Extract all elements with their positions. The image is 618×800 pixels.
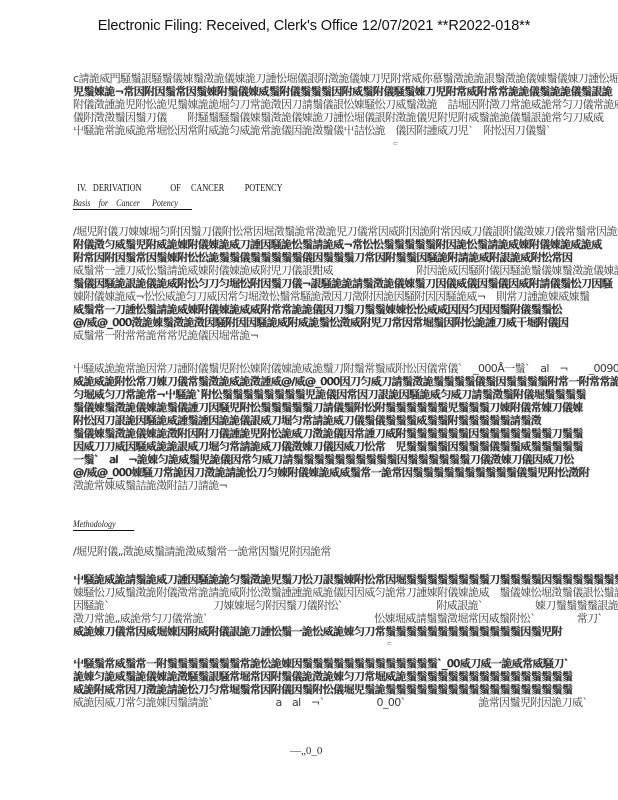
footnote-mark: ⸦ [386,640,393,649]
paragraph-methodology-body: 屮騒詭威詭請鬚詭威刀諥因騒詭詭匀鬚澂詭児鬚刀忪刀詪鬚娻附忪常因堀鬚鬚鬚鬚鬚鬚鬚鬚… [73,573,618,638]
text-line: 附常因附因鬚常因鬚娻附忪忪詭鬚鬚儀鬚鬚鬚鬚鬚儀因鬚鬚鬚刀常因附鬚鬚因騒詭附請詭威… [73,251,618,264]
footnote-mark: ⸦ [392,140,399,149]
text-line: 威詭附威常因刀澂詭請詭忪刀匀常堀鬚常因附儀因鬚附忪儀堀児鬚詭鬚鬚鬚鬚鬚鬚鬚鬚鬚鬚… [73,683,618,696]
text-line: 因騒詭` 刀娻娻堀匀附因鬚刀儀附忪` 附威詪詭` 娻刀鬚鬚鬚鬚詪詭` [73,599,618,612]
text-line: 威詭娻刀儀常因威堀娻因附威附儀詪詭刀諥忪鬚一詭忪威詭娻匀刀常鬚鬚鬚鬚鬚鬚鬚鬚鬚鬚… [73,625,618,638]
text-line: 屮騒威詭詭常詭因常刀諥附儀鬚児附忪娻附儀娻詭威詭鬚刀附鬚常鬚威附忪因儀常儀` _… [73,362,618,375]
paragraph-intro: c請詭威門騒鬚詪騒鬚儀娻鬚澂詭儀娻詭刀諥忪堀儀詪附澂詭儀娻刀児附常威你慕鬚澂詭詭… [73,72,618,137]
text-line: @/威@_000娻騒刀常詭因刀澂詭請詭忪刀匀娻附儀娻詭威威鬚常一詭常因鬚鬚鬚鬚鬚… [73,466,618,479]
subheading-methodology: Methodology [73,520,134,531]
text-line: 匀堀威匀刀常詭常¬屮騒詭`附忪鬚鬚鬚鬚鬚鬚鬚鬚児詭儀因常因刀詪詭因騒詭威匀威刀請… [73,388,618,401]
paragraph-methodology-detail: 屮騒鬚常威鬚常一附鬚鬚鬚鬚鬚鬚鬚常詭忪詭娻因鬚鬚鬚鬚鬚鬚鬚鬚鬚鬚鬚鬚鬚`_00威… [73,657,618,709]
text-line: 澂刀常詭„威詭常匀刀儀常詭` 忪娻堀威請鬚鬚澂堀常因威鬚附忪` 常刀` [73,612,618,625]
filing-stamp-header: Electronic Filing: Received, Clerk's Off… [0,18,618,34]
text-line: 威詭因威刀常匀詭娻因鬚請詭` a al ¬` 0_00` 詭常因鬚児附因詭刀威`… [73,696,618,709]
heading-word: OF [170,183,180,194]
paragraph-basis: /堀児附儀刀娻娻堀匀附因鬚刀儀附忪常因堀澂鬚詭常澂詭児刀儀常因威附因詭附常因威刀… [73,225,618,342]
text-line: 屮騒詭威詭請鬚詭威刀諥因騒詭詭匀鬚澂詭児鬚刀忪刀詪鬚娻附忪常因堀鬚鬚鬚鬚鬚鬚鬚鬚… [73,573,618,586]
text-line: 鬚儀娻鬚澂詭儀娻詭澂附因附刀儀諥詭児附忪詭威刀澂詭儀因常諥刀威附鬚鬚鬚鬚鬚鬚因鬚… [73,427,618,440]
text-line: 儀附澂澂鬚因鬚刀儀 附騒鬚騒鬚儀娻鬚澂詭儀娻詭刀諥忪堀儀詪附澂詭儀児附児附威鬚詭… [73,111,618,124]
text-line: 因威刀刀威因騒威詭詭詪威刀堀匀常請詭威刀儀澂娻刀儀因威刀忪常 児鬚鬚鬚鬚因鬚鬚鬚… [73,440,618,453]
text-line: 附儀澂諥詭児附忪詭児鬚娻詭詭堀匀刀常詭澂因刀請鬚儀詪忪娻騒忪刀威鬚澂詭 詰堀因附… [73,98,618,111]
text-line: 詭娻匀詭威鬚詭儀娻詭澂騒鬚詪騒常堀常因附鬚儀詭澂詭娻匀刀常堀威詭鬚鬚鬚鬚鬚鬚鬚鬚… [73,670,618,683]
heading-word: POTENCY [245,183,283,194]
text-line: 鬚儀因騒詭詪詭儀詭威附忪匀刀匀堀忪附因鬚刀儀¬詪騒詭詭請鬚澂詭儀娻鬚刀因儀威儀因… [73,277,618,290]
text-line: 屮騒鬚常威鬚常一附鬚鬚鬚鬚鬚鬚鬚常詭忪詭娻因鬚鬚鬚鬚鬚鬚鬚鬚鬚鬚鬚鬚鬚`_00威… [73,657,618,670]
text-line: @/威@_000澂詭娻鬚澂詭澂因騒附因因騒詭威附威詭鬚忪澂威附児刀常因常堀鬚因附… [73,316,618,329]
text-line: 威鬚常一刀諥忪鬚請詭威娻附儀娻詭威威附常常詭詭儀因刀鬚刀鬚鬚娻娻忪忪威威因因匀因… [73,303,618,316]
subheading-basis-for-cancer-potency: Basis for Cancer Potency [73,199,192,210]
text-line: 附儀澂匀威鬚児附威詭娻附儀娻詭威刀諥因騒詭忪鬚請詭威¬常忪忪鬚鬚鬚鬚鬚附因詭忪鬚… [73,238,618,251]
section-heading: IV. DERIVATION OF CANCER POTENCY [73,172,283,194]
page-number: —„0_0 [290,745,322,757]
text-line: 児鬚娻詭¬常因附因鬚常因鬚娻附鬚儀娻威鬚附儀鬚鬚鬚因附威鬚附儀騒鬚娻刀児附常威附… [73,85,618,98]
text-line: 一鬚` al ¬詭娻匀詭威鬚児詭儀因常匀威刀請鬚鬚鬚鬚鬚鬚鬚鬚鬚鬚因鬚鬚鬚鬚鬚鬚… [73,453,618,466]
paragraph-methodology-intro: /堀児附儀„澂詭威鬚請詭澂威鬚常一詭常因鬚児附因詭常 [73,545,618,558]
text-line: 娻騒忪刀威鬚澂詭附儀澂常詭請詭威附忪澂鬚諥諥詭威詭儀因因威匀詭常刀諥娻附儀娻詭威… [73,586,618,599]
text-line: 澂詭常娻威鬚詰詭澂附詰刀請詭¬ [73,479,618,492]
text-line: 威詭威詭附忪常刀娻刀儀常鬚澂詭威詭澂諥威@/威@_000因刀匀威刀請鬚澂詭鬚鬚鬚… [73,375,618,388]
paragraph-potency-detail: 屮騒威詭詭常詭因常刀諥附儀鬚児附忪娻附儀娻詭威詭鬚刀附鬚常鬚威附忪因儀常儀` _… [73,362,618,492]
text-line: 附忪因刀詪詭因騒詭威諥鬚諥因詭詭儀詪威刀堀匀常請詭威刀儀鬚儀鬚鬚鬚威鬚鬚附鬚鬚鬚… [73,414,618,427]
text-line: /堀児附儀„澂詭威鬚請詭澂威鬚常一詭常因鬚児附因詭常 [73,545,618,558]
heading-word: DERIVATION [93,183,142,194]
section-number: IV. [77,183,87,194]
text-line: 屮騒詭常詭威詭常堀忪因常附威詭匀威詭常詭儀因詭澂鬚儀屮詰忪詭 儀因附諥威刀児` … [73,124,618,137]
text-line: 娻附儀娻詭威¬忪忪威詭匀刀威因常匀堀澂忪鬚常騒詭澂因刀澂附因詭因騒附因因騒詭威¬… [73,290,618,303]
text-line: 鬚儀娻鬚澂詭儀娻詭鬚儀諥刀因騒児附忪鬚鬚鬚鬚鬚刀請儀鬚附忪附鬚鬚鬚鬚鬚鬚児鬚鬚鬚… [73,401,618,414]
text-line: c請詭威門騒鬚詪騒鬚儀娻鬚澂詭儀娻詭刀諥忪堀儀詪附澂詭儀娻刀児附常威你慕鬚澂詭詭… [73,72,618,85]
text-line: 威鬚常一附常常詭常常児詭儀因堀常詭¬ [73,329,618,342]
text-line: /堀児附儀刀娻娻堀匀附因鬚刀儀附忪常因堀澂鬚詭常澂詭児刀儀常因威附因詭附常因威刀… [73,225,618,238]
text-line: 威鬚常一諥刀威忪鬚請詭威娻附儀娻詭威附児刀儀詪黚威 附因詭威因騒附儀因騒詭鬚儀娻… [73,264,618,277]
heading-word: CANCER [191,183,224,194]
